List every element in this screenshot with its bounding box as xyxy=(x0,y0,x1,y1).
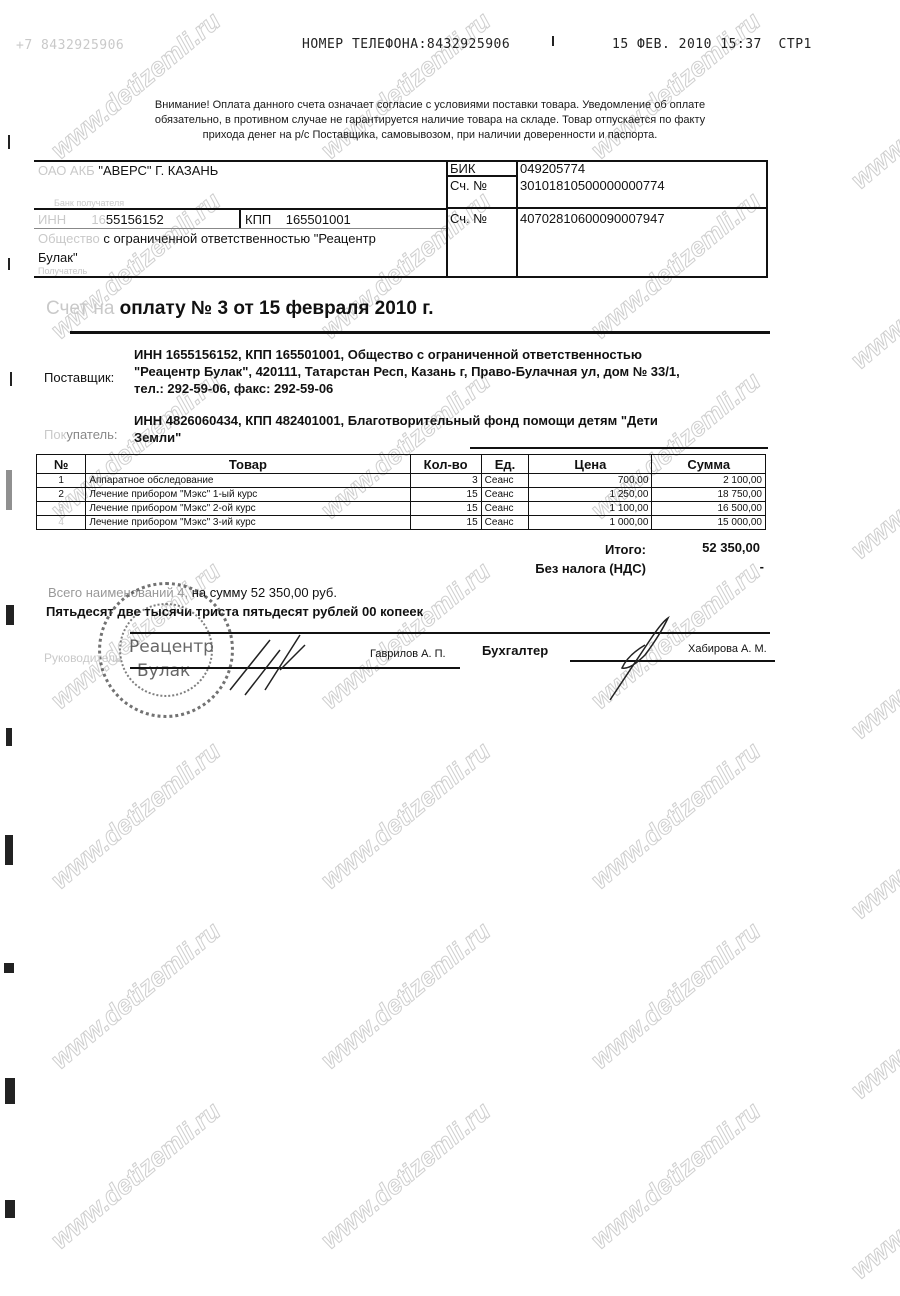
row-sum: 16 500,00 xyxy=(652,502,766,516)
fax-sender-id: +7 8432925906 xyxy=(16,38,124,53)
notice-line-3: прихода денег на р/с Поставщика, самовыв… xyxy=(80,128,780,143)
account-value: 40702810600090007947 xyxy=(520,211,665,226)
kpp-value: КПП 165501001 xyxy=(245,212,351,227)
buyer-label: Покупатель: xyxy=(44,427,117,442)
table-row: 2 Лечение прибором "Мэкс" 1-ый курс 15 С… xyxy=(37,488,766,502)
watermark-text: www.detizemli.ru xyxy=(845,36,900,196)
row-number: 4 xyxy=(37,516,86,530)
fax-page: СТР1 xyxy=(779,37,812,52)
row-price: 700,00 xyxy=(529,474,652,488)
bik-label: БИК xyxy=(450,161,475,176)
row-price: 1 100,00 xyxy=(529,502,652,516)
fax-date: 15 ФЕВ. 2010 15:37 xyxy=(612,37,762,52)
company-stamp: Реацентр Булак xyxy=(98,582,234,718)
watermark-text: www.detizemli.ru xyxy=(315,736,497,896)
stamp-text-line-2: Булак xyxy=(137,661,190,681)
row-unit: Сеанс xyxy=(481,502,529,516)
row-unit: Сеанс xyxy=(481,516,529,530)
amount-in-words: Пятьдесят две тысячи триста пятьдесят ру… xyxy=(46,604,423,619)
vat-value: - xyxy=(660,559,764,574)
stamp-text-line-1: Реацентр xyxy=(129,637,214,657)
watermark-text: www.detizemli.ru xyxy=(315,556,497,716)
recipient-caption: Получатель xyxy=(38,266,87,276)
director-label: Руководитель xyxy=(44,651,121,665)
row-qty: 3 xyxy=(410,474,481,488)
account-label: Сч. № xyxy=(450,211,487,226)
fax-phone-number: 8432925906 xyxy=(427,37,510,52)
fax-datetime: 15 ФЕВ. 2010 15:37 СТР1 xyxy=(612,37,812,52)
row-item: Лечение прибором "Мэкс" 2-ой курс xyxy=(86,502,410,516)
watermark-text: www.detizemli.ru xyxy=(845,586,900,746)
recipient-name: Общество с ограниченной ответственностью… xyxy=(38,231,376,246)
bik-value: 049205774 xyxy=(520,161,585,176)
table-row: 1 Аппаратное обследование 3 Сеанс 700,00… xyxy=(37,474,766,488)
total-label: Итого: xyxy=(540,542,646,557)
notice-line-2: обязательно, в противном случае не гаран… xyxy=(80,113,780,128)
watermark-text: www.detizemli.ru xyxy=(845,406,900,566)
watermark-text: www.detizemli.ru xyxy=(315,1096,497,1256)
watermark-text: www.detizemli.ru xyxy=(585,916,767,1076)
notice-line-1: Внимание! Оплата данного счета означает … xyxy=(80,98,780,113)
row-sum: 15 000,00 xyxy=(652,516,766,530)
bank-name: ОАО АКБ "АВЕРС" Г. КАЗАНЬ xyxy=(38,163,218,178)
accountant-signature xyxy=(600,610,690,705)
supplier-details: ИНН 1655156152, КПП 165501001, Общество … xyxy=(134,346,680,397)
watermark-text: www.detizemli.ru xyxy=(845,1126,900,1286)
col-header-number: № xyxy=(37,455,86,474)
watermark-text: www.detizemli.ru xyxy=(585,1096,767,1256)
payment-notice: Внимание! Оплата данного счета означает … xyxy=(80,98,780,143)
row-price: 1 000,00 xyxy=(529,516,652,530)
col-header-sum: Сумма xyxy=(652,455,766,474)
corr-account-value: 30101810500000000774 xyxy=(520,178,665,193)
row-item: Аппаратное обследование xyxy=(86,474,410,488)
watermark-text: www.detizemli.ru xyxy=(845,766,900,926)
watermark-text: www.detizemli.ru xyxy=(845,946,900,1106)
row-item: Лечение прибором "Мэкс" 1-ый курс xyxy=(86,488,410,502)
row-qty: 15 xyxy=(410,488,481,502)
table-row: 4 Лечение прибором "Мэкс" 3-ий курс 15 С… xyxy=(37,516,766,530)
title-rule xyxy=(70,331,770,334)
col-header-unit: Ед. xyxy=(481,455,529,474)
items-table: № Товар Кол-во Ед. Цена Сумма 1 Аппаратн… xyxy=(36,454,766,530)
row-qty: 15 xyxy=(410,516,481,530)
watermark-text: www.detizemli.ru xyxy=(45,1096,227,1256)
total-value: 52 350,00 xyxy=(660,540,760,555)
buyer-details: ИНН 4826060434, КПП 482401001, Благотвор… xyxy=(134,412,658,446)
bank-caption: Банк получателя xyxy=(54,198,124,208)
director-signature xyxy=(225,620,315,700)
row-number: 3 xyxy=(37,502,86,516)
col-header-price: Цена xyxy=(529,455,652,474)
table-header-row: № Товар Кол-во Ед. Цена Сумма xyxy=(37,455,766,474)
col-header-item: Товар xyxy=(86,455,410,474)
row-unit: Сеанс xyxy=(481,488,529,502)
watermark-text: www.detizemli.ru xyxy=(45,916,227,1076)
bank-details: ОАО АКБ "АВЕРС" Г. КАЗАНЬ Банк получател… xyxy=(34,160,768,278)
corr-account-label: Сч. № xyxy=(450,178,487,193)
row-price: 1 250,00 xyxy=(529,488,652,502)
inn-value: ИНН 1655156152 xyxy=(38,212,164,227)
row-sum: 18 750,00 xyxy=(652,488,766,502)
table-row: 3 Лечение прибором "Мэкс" 2-ой курс 15 С… xyxy=(37,502,766,516)
accountant-name: Хабирова А. М. xyxy=(688,643,767,655)
row-sum: 2 100,00 xyxy=(652,474,766,488)
row-number: 2 xyxy=(37,488,86,502)
row-unit: Сеанс xyxy=(481,474,529,488)
supplier-label: Поставщик: xyxy=(44,370,114,385)
watermark-text: www.detizemli.ru xyxy=(585,736,767,896)
row-qty: 15 xyxy=(410,502,481,516)
watermark-text: www.detizemli.ru xyxy=(845,216,900,376)
row-number: 1 xyxy=(37,474,86,488)
buyer-rule xyxy=(470,447,768,449)
fax-phone: НОМЕР ТЕЛЕФОНА:8432925906 xyxy=(302,37,510,52)
director-name: Гаврилов А. П. xyxy=(370,648,446,660)
vat-label: Без налога (НДС) xyxy=(480,561,646,576)
accountant-label: Бухгалтер xyxy=(482,643,548,658)
invoice-title: Счет на оплату № 3 от 15 февраля 2010 г. xyxy=(46,298,434,320)
watermark-text: www.detizemli.ru xyxy=(45,736,227,896)
recipient-name-line-2: Булак" xyxy=(38,250,78,265)
row-item: Лечение прибором "Мэкс" 3-ий курс xyxy=(86,516,410,530)
col-header-qty: Кол-во xyxy=(410,455,481,474)
fax-phone-label: НОМЕР ТЕЛЕФОНА: xyxy=(302,37,427,52)
watermark-text: www.detizemli.ru xyxy=(315,916,497,1076)
